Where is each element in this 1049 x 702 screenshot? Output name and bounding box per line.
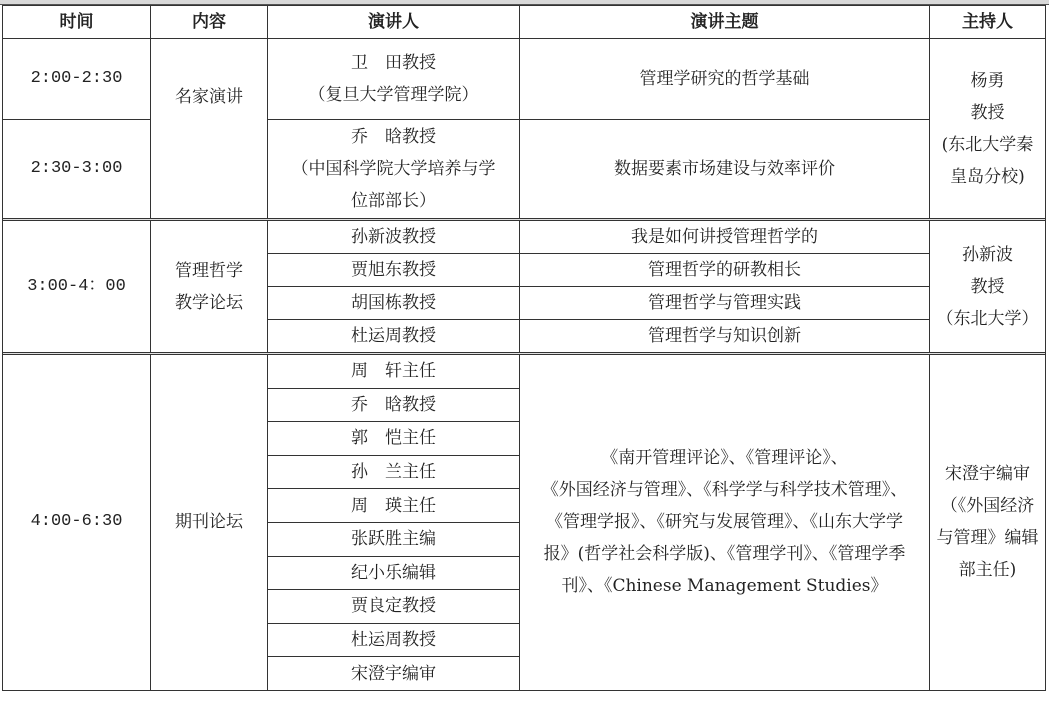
speaker-cell: 胡国栋教授: [268, 287, 520, 320]
journal-line: 刊》、《Chinese Management Studies》: [524, 570, 925, 602]
speaker-affiliation: （复旦大学管理学院）: [272, 79, 515, 111]
speaker-cell: 周 瑛主任: [268, 489, 520, 523]
content-line: 管理哲学: [155, 255, 263, 287]
header-topic: 演讲主题: [520, 6, 930, 39]
speaker-cell: 杜运周教授: [268, 623, 520, 657]
header-speaker: 演讲人: [268, 6, 520, 39]
host-line: (东北大学秦: [934, 129, 1041, 161]
journal-line: 报》(哲学社会科学版)、《管理学刊》、《管理学季: [524, 538, 925, 570]
topic-cell: 管理哲学的研教相长: [520, 254, 930, 287]
journal-line: 《南开管理评论》、《管理评论》、: [524, 442, 925, 474]
host-line: （东北大学）: [934, 303, 1041, 335]
speaker-affiliation: 位部部长）: [272, 185, 515, 217]
topic-cell: 管理哲学与管理实践: [520, 287, 930, 320]
header-content: 内容: [151, 6, 268, 39]
time-slot: 4:00-6:30: [3, 355, 151, 691]
topic-cell: 管理学研究的哲学基础: [520, 39, 930, 120]
host-line: 部主任): [934, 554, 1041, 586]
speaker-cell: 卫 田教授 （复旦大学管理学院）: [268, 39, 520, 120]
host-cell: 宋澄宇编审 （《外国经济 与管理》编辑 部主任): [930, 355, 1046, 691]
speaker-cell: 张跃胜主编: [268, 522, 520, 556]
host-line: 宋澄宇编审: [934, 458, 1041, 490]
speaker-cell: 贾旭东教授: [268, 254, 520, 287]
header-host: 主持人: [930, 6, 1046, 39]
time-slot: 2:30-3:00: [3, 120, 151, 219]
speaker-cell: 孙新波教授: [268, 221, 520, 254]
speaker-cell: 郭 恺主任: [268, 422, 520, 456]
speaker-cell: 宋澄宇编审: [268, 657, 520, 691]
speaker-cell: 贾良定教授: [268, 590, 520, 624]
host-line: 杨勇: [934, 65, 1041, 97]
journal-line: 《外国经济与管理》、《科学学与科学技术管理》、: [524, 474, 925, 506]
host-line: 教授: [934, 97, 1041, 129]
section-philosophy-forum: 3:00-4：00 管理哲学 教学论坛 孙新波教授 我是如何讲授管理哲学的 孙新…: [3, 221, 1046, 355]
speaker-cell: 乔 晗教授: [268, 388, 520, 422]
host-line: 教授: [934, 271, 1041, 303]
table-row: 4:00-6:30 期刊论坛 周 轩主任 《南开管理评论》、《管理评论》、 《外…: [3, 355, 1046, 389]
content-cell: 名家演讲: [151, 39, 268, 219]
journal-list-cell: 《南开管理评论》、《管理评论》、 《外国经济与管理》、《科学学与科学技术管理》、…: [520, 355, 930, 691]
speaker-cell: 乔 晗教授 （中国科学院大学培养与学 位部部长）: [268, 120, 520, 219]
content-cell: 期刊论坛: [151, 355, 268, 691]
table-row: 3:00-4：00 管理哲学 教学论坛 孙新波教授 我是如何讲授管理哲学的 孙新…: [3, 221, 1046, 254]
section-journal-forum: 4:00-6:30 期刊论坛 周 轩主任 《南开管理评论》、《管理评论》、 《外…: [3, 355, 1046, 691]
section-keynote: 2:00-2:30 名家演讲 卫 田教授 （复旦大学管理学院） 管理学研究的哲学…: [3, 39, 1046, 221]
content-line: 教学论坛: [155, 287, 263, 319]
topic-cell: 我是如何讲授管理哲学的: [520, 221, 930, 254]
speaker-cell: 周 轩主任: [268, 355, 520, 389]
host-line: 与管理》编辑: [934, 522, 1041, 554]
host-line: 皇岛分校): [934, 161, 1041, 193]
topic-cell: 管理哲学与知识创新: [520, 320, 930, 353]
time-slot: 3:00-4：00: [3, 221, 151, 353]
header-time: 时间: [3, 6, 151, 39]
speaker-name: 乔 晗教授: [272, 121, 515, 153]
host-cell: 杨勇 教授 (东北大学秦 皇岛分校): [930, 39, 1046, 219]
time-slot: 2:00-2:30: [3, 39, 151, 120]
journal-line: 《管理学报》、《研究与发展管理》、《山东大学学: [524, 506, 925, 538]
header-row: 时间 内容 演讲人 演讲主题 主持人: [3, 6, 1046, 39]
speaker-cell: 纪小乐编辑: [268, 556, 520, 590]
topic-cell: 数据要素市场建设与效率评价: [520, 120, 930, 219]
host-line: （《外国经济: [934, 490, 1041, 522]
speaker-name: 卫 田教授: [272, 47, 515, 79]
speaker-affiliation: （中国科学院大学培养与学: [272, 153, 515, 185]
table-row: 2:00-2:30 名家演讲 卫 田教授 （复旦大学管理学院） 管理学研究的哲学…: [3, 39, 1046, 120]
speaker-cell: 孙 兰主任: [268, 455, 520, 489]
host-cell: 孙新波 教授 （东北大学）: [930, 221, 1046, 353]
speaker-cell: 杜运周教授: [268, 320, 520, 353]
host-line: 孙新波: [934, 239, 1041, 271]
schedule-table: 时间 内容 演讲人 演讲主题 主持人 2:00-2:30 名家演讲 卫 田教授 …: [2, 5, 1046, 691]
content-cell: 管理哲学 教学论坛: [151, 221, 268, 353]
